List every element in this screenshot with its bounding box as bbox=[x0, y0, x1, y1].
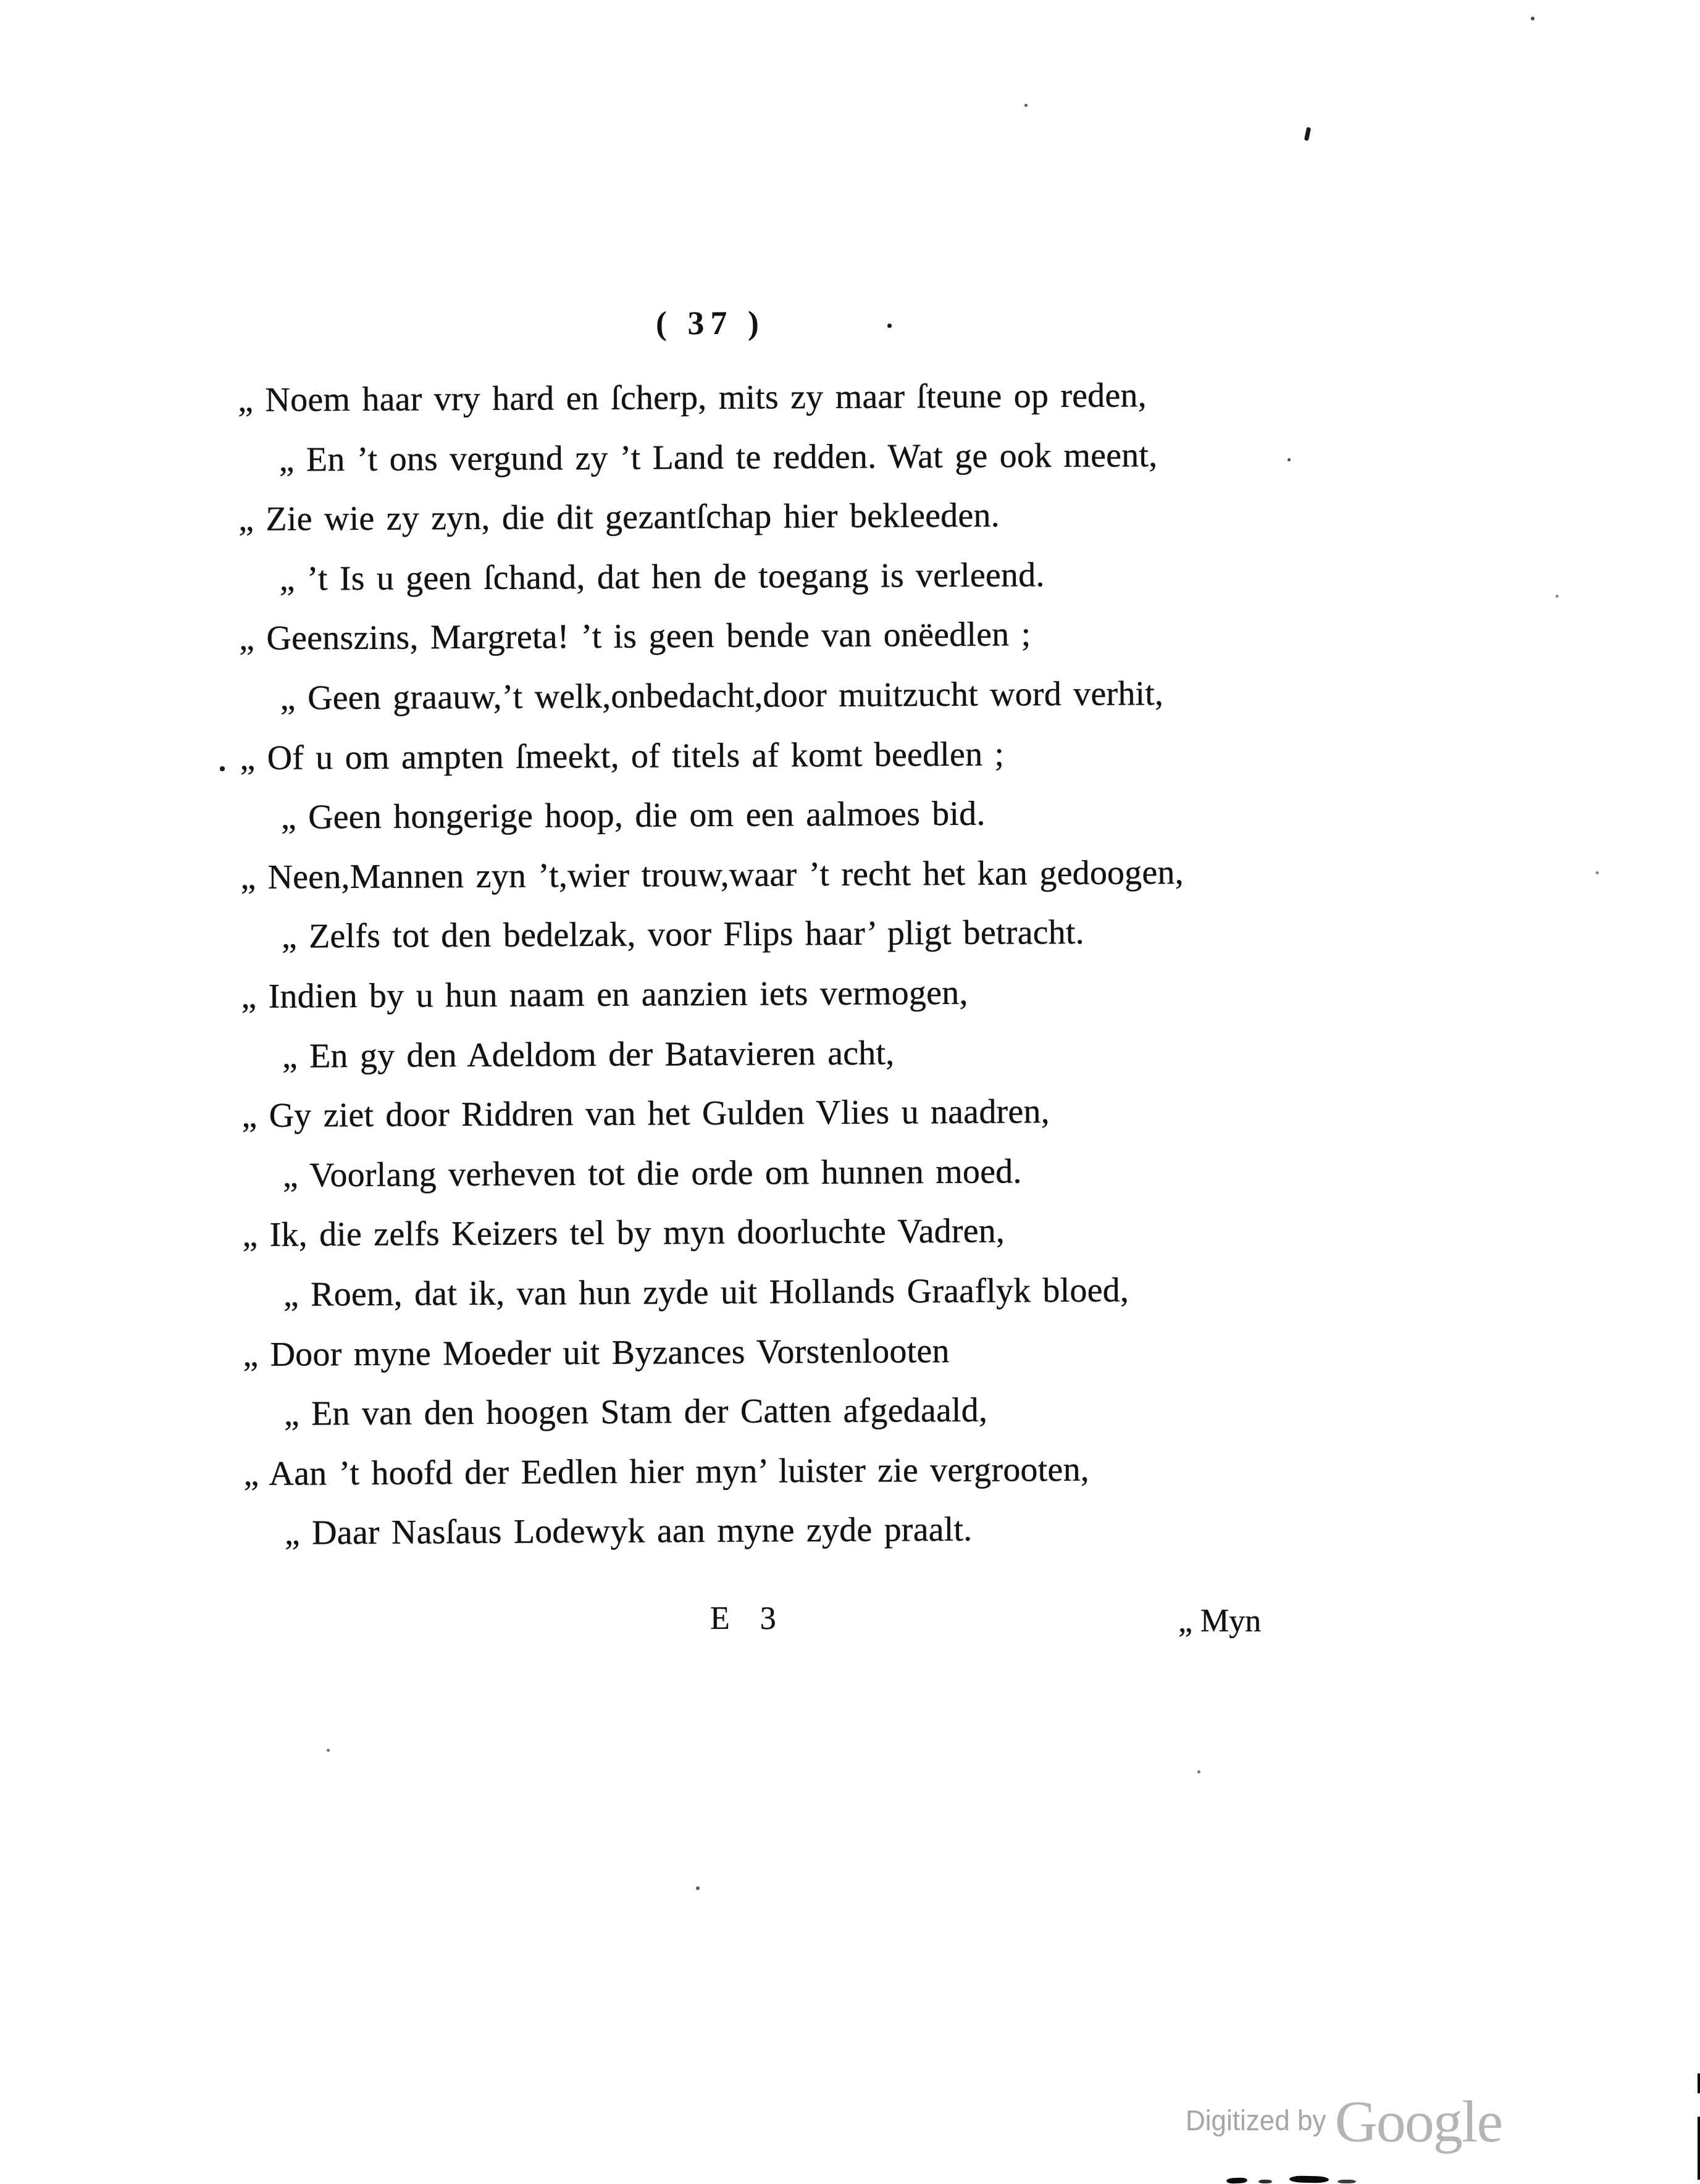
poem-line: „ ’t Is u geen ſchand, dat hen de toegan… bbox=[239, 543, 1381, 609]
poem-line: „ Zie wie zy zyn, die dit gezantſchap hi… bbox=[238, 483, 1381, 549]
scan-edge-artifact bbox=[1698, 2117, 1700, 2180]
scan-smudge bbox=[1338, 2180, 1356, 2183]
digitized-by-label: Digitized by bbox=[1186, 2105, 1326, 2138]
poem-line: „ Zelfs tot den bedelzak, voor Flips haa… bbox=[241, 902, 1383, 967]
scan-speck bbox=[1531, 17, 1535, 20]
scan-speck bbox=[1197, 1770, 1200, 1773]
scan-speck bbox=[327, 1749, 330, 1752]
google-logo: Google bbox=[1334, 2087, 1502, 2156]
scan-smudge bbox=[1226, 2177, 1247, 2183]
poem-line: „ Neen,Mannen zyn ’t,wier trouw,waar ’t … bbox=[240, 842, 1383, 907]
poem-line: „ Geen graauw,’t welk,onbedacht,door mui… bbox=[240, 663, 1382, 728]
poem-line: „ Aan ’t hoofd der Eedlen hier myn’ luis… bbox=[243, 1438, 1386, 1504]
page-number: ( 37 ) bbox=[656, 304, 765, 343]
poem-line: „ Indien by u hun naam en aanzien iets v… bbox=[241, 961, 1383, 1026]
scan-speck bbox=[1024, 104, 1028, 107]
scan-edge-artifact bbox=[1698, 2073, 1700, 2093]
signature-mark: E 3 bbox=[710, 1600, 787, 1637]
scan-speck bbox=[1556, 595, 1559, 598]
scan-speck bbox=[220, 766, 225, 771]
poem-line: „ Ik, die zelfs Keizers tel by myn doorl… bbox=[242, 1200, 1384, 1265]
poem-line: „ Noem haar vry hard en ſcherp, mits zy … bbox=[238, 364, 1380, 430]
scanned-book-page: ( 37 ) „ Noem haar vry hard en ſcherp, m… bbox=[0, 0, 1700, 2184]
poem-line: „ Door myne Moeder uit Byzances Vorstenl… bbox=[243, 1319, 1385, 1384]
scan-smudge bbox=[1289, 2175, 1329, 2183]
poem-line: „ Voorlang verheven tot die orde om hunn… bbox=[242, 1140, 1384, 1205]
scan-speck bbox=[887, 324, 892, 328]
poem-line: „ En gy den Adeldom der Batavieren acht, bbox=[241, 1021, 1384, 1086]
poem-line: „ En ’t ons vergund zy ’t Land te redden… bbox=[238, 424, 1381, 490]
scan-speck bbox=[1288, 458, 1291, 461]
poem-line: „ En van den hoogen Stam der Catten afge… bbox=[243, 1378, 1386, 1444]
scan-speck bbox=[696, 1886, 700, 1890]
poem-line: „ Geenszins, Margreta! ’t is geen bende … bbox=[239, 603, 1381, 669]
poem-text-block: „ Noem haar vry hard en ſcherp, mits zy … bbox=[238, 364, 1386, 1563]
poem-line: „ Daar Nasſaus Lodewyk aan myne zyde pra… bbox=[244, 1498, 1386, 1563]
poem-line: „ Roem, dat ik, van hun zyde uit Holland… bbox=[243, 1259, 1385, 1324]
poem-line: „ Gy ziet door Riddren van het Gulden Vl… bbox=[241, 1080, 1384, 1145]
catchword: „ Myn bbox=[1178, 1603, 1261, 1639]
poem-line: „ Geen hongerige hoop, die om een aalmoe… bbox=[240, 782, 1383, 847]
scan-smudge bbox=[1258, 2180, 1272, 2183]
digitized-by-google-watermark: Digitized by Google bbox=[1186, 2075, 1556, 2167]
scan-speck bbox=[1304, 127, 1311, 141]
scan-speck bbox=[1596, 871, 1599, 874]
poem-line: „ Of u om ampten ſmeekt, of titels af ko… bbox=[240, 722, 1382, 788]
